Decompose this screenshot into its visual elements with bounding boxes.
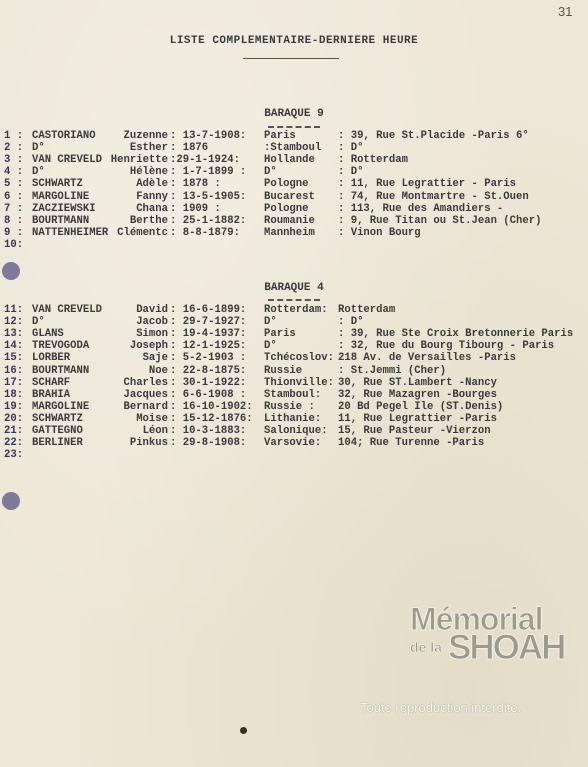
birth-place: Hollande bbox=[264, 154, 334, 166]
section-heading-baraque-9: BARAQUE 9 bbox=[0, 108, 588, 120]
address: : D° bbox=[338, 316, 363, 328]
row-number: 19: bbox=[4, 401, 23, 413]
row-number: 16: bbox=[4, 365, 23, 377]
row-number: 14: bbox=[4, 340, 23, 352]
birth-place: Tchécoslov: bbox=[264, 352, 334, 364]
address: : 32, Rue du Bourg Tibourg - Paris bbox=[338, 340, 554, 352]
address: : 39, Rue Ste Croix Bretonnerie Paris bbox=[338, 328, 573, 340]
address: : 74, Rue Montmartre - St.Ouen bbox=[338, 191, 529, 203]
last-name: VAN CREVELD bbox=[32, 304, 102, 316]
last-name: D° bbox=[32, 316, 45, 328]
address: 218 Av. de Versailles -Paris bbox=[338, 352, 516, 364]
row-number: 21: bbox=[4, 425, 23, 437]
first-name: Saje bbox=[104, 352, 168, 364]
address: : 39, Rue St.Placide -Paris 6° bbox=[338, 130, 529, 142]
address: : St.Jemmi (Cher) bbox=[338, 365, 446, 377]
row-number: 22: bbox=[4, 437, 23, 449]
address: Rotterdam bbox=[338, 304, 395, 316]
first-name: Clémentc bbox=[104, 227, 168, 239]
birth-place: Salonique: bbox=[264, 425, 334, 437]
first-name: Chana bbox=[104, 203, 168, 215]
last-name: MARGOLINE bbox=[32, 401, 89, 413]
birth-place: Paris bbox=[264, 328, 334, 340]
section-underline bbox=[268, 126, 320, 128]
birth-place: Varsovie: bbox=[264, 437, 334, 449]
row-number: 8 : bbox=[4, 215, 23, 227]
birth-place: Mannheim bbox=[264, 227, 334, 239]
row-number: 13: bbox=[4, 328, 23, 340]
row-number: 1 : bbox=[4, 130, 23, 142]
row-number: 5 : bbox=[4, 178, 23, 190]
address: : 11, Rue Legrattier - Paris bbox=[338, 178, 516, 190]
last-name: GLANS bbox=[32, 328, 64, 340]
row-number: 10: bbox=[4, 239, 23, 251]
first-name: Esther bbox=[104, 142, 168, 154]
birth-place: Pologne bbox=[264, 178, 334, 190]
first-name: Jacques bbox=[104, 389, 168, 401]
last-name: ZACZIEWSKI bbox=[32, 203, 96, 215]
row-number: 3 : bbox=[4, 154, 23, 166]
first-name: Charles bbox=[104, 377, 168, 389]
address: : Rotterdam bbox=[338, 154, 408, 166]
first-name: Simon bbox=[104, 328, 168, 340]
logo-shoah-text: SHOAH bbox=[448, 630, 564, 666]
first-name: Adèle bbox=[104, 178, 168, 190]
first-name: Bernard bbox=[104, 401, 168, 413]
birth-place: Paris bbox=[264, 130, 334, 142]
birth-place: Russie bbox=[264, 365, 334, 377]
address: 11, Rue Legrattier -Paris bbox=[338, 413, 497, 425]
punch-hole bbox=[2, 262, 20, 280]
birth-place: Pologne bbox=[264, 203, 334, 215]
first-name: Noe bbox=[104, 365, 168, 377]
birth-place: :Stamboul bbox=[264, 142, 334, 154]
first-name: David bbox=[104, 304, 168, 316]
birth-place: D° bbox=[264, 340, 334, 352]
row-number: 20: bbox=[4, 413, 23, 425]
birth-place: Bucarest bbox=[264, 191, 334, 203]
address: : Vinon Bourg bbox=[338, 227, 421, 239]
address: 32, Rue Mazagren -Bourges bbox=[338, 389, 497, 401]
last-name: D° bbox=[32, 142, 45, 154]
first-name: Joseph bbox=[104, 340, 168, 352]
last-name: VAN CREVELD bbox=[32, 154, 102, 166]
address: 104; Rue Turenne -Paris bbox=[338, 437, 484, 449]
first-name: Pinkus bbox=[104, 437, 168, 449]
last-name: BERLINER bbox=[32, 437, 83, 449]
row-number: 17: bbox=[4, 377, 23, 389]
ink-spot bbox=[240, 727, 247, 734]
birth-place: Rotterdam: bbox=[264, 304, 334, 316]
document-title: LISTE COMPLEMENTAIRE-DERNIERE HEURE bbox=[0, 35, 588, 47]
memorial-shoah-logo: Mémorial de la SHOAH bbox=[410, 604, 570, 634]
first-name: Fanny bbox=[104, 191, 168, 203]
first-name: Jacob bbox=[104, 316, 168, 328]
birth-place: D° bbox=[264, 166, 334, 178]
last-name: BOURTMANN bbox=[32, 365, 89, 377]
row-number: 15: bbox=[4, 352, 23, 364]
section-underline bbox=[268, 299, 320, 301]
punch-hole bbox=[2, 492, 20, 510]
birth-place: Russie : bbox=[264, 401, 334, 413]
page-number: 31 bbox=[558, 4, 572, 19]
last-name: D° bbox=[32, 166, 45, 178]
birth-place: Lithanie: bbox=[264, 413, 334, 425]
first-name: Moise bbox=[104, 413, 168, 425]
first-name: Henriette bbox=[104, 154, 168, 166]
row-number: 9 : bbox=[4, 227, 23, 239]
last-name: SCHWARTZ bbox=[32, 413, 83, 425]
first-name: Léon bbox=[104, 425, 168, 437]
last-name: LORBER bbox=[32, 352, 70, 364]
row-number: 11: bbox=[4, 304, 23, 316]
birth-place: Roumanie bbox=[264, 215, 334, 227]
row-number: 2 : bbox=[4, 142, 23, 154]
first-name: Hélène bbox=[104, 166, 168, 178]
section-heading-baraque-4: BARAQUE 4 bbox=[0, 282, 588, 294]
row-number: 18: bbox=[4, 389, 23, 401]
address: 15, Rue Pasteur -Vierzon bbox=[338, 425, 491, 437]
last-name: GATTEGNO bbox=[32, 425, 83, 437]
reproduction-notice: Toute reproduction interdite. bbox=[360, 700, 521, 715]
birth-place: Stamboul: bbox=[264, 389, 334, 401]
address: : 9, Rue Titan ou St.Jean (Cher) bbox=[338, 215, 541, 227]
last-name: BOURTMANN bbox=[32, 215, 89, 227]
last-name: SCHARF bbox=[32, 377, 70, 389]
last-name: BRAHIA bbox=[32, 389, 70, 401]
last-name: NATTENHEIMER bbox=[32, 227, 108, 239]
row-number: 4 : bbox=[4, 166, 23, 178]
last-name: SCHWARTZ bbox=[32, 178, 83, 190]
address: : D° bbox=[338, 166, 363, 178]
birth-place: D° bbox=[264, 316, 334, 328]
logo-de-la-text: de la bbox=[410, 640, 442, 654]
address: : D° bbox=[338, 142, 363, 154]
row-number: 6 : bbox=[4, 191, 23, 203]
first-name: Zuzenne bbox=[104, 130, 168, 142]
row-number: 7 : bbox=[4, 203, 23, 215]
address: 20 Bd Pegel Ile (ST.Denis) bbox=[338, 401, 503, 413]
row-number: 12: bbox=[4, 316, 23, 328]
address: : 113, Rue des Amandiers - bbox=[338, 203, 503, 215]
last-name: CASTORIANO bbox=[32, 130, 96, 142]
address: 30, Rue ST.Lambert -Nancy bbox=[338, 377, 497, 389]
last-name: TREVOGODA bbox=[32, 340, 89, 352]
birth-place: Thionville: bbox=[264, 377, 334, 389]
first-name: Berthe bbox=[104, 215, 168, 227]
title-underline bbox=[243, 58, 339, 59]
row-number: 23: bbox=[4, 449, 23, 461]
last-name: MARGOLINE bbox=[32, 191, 89, 203]
